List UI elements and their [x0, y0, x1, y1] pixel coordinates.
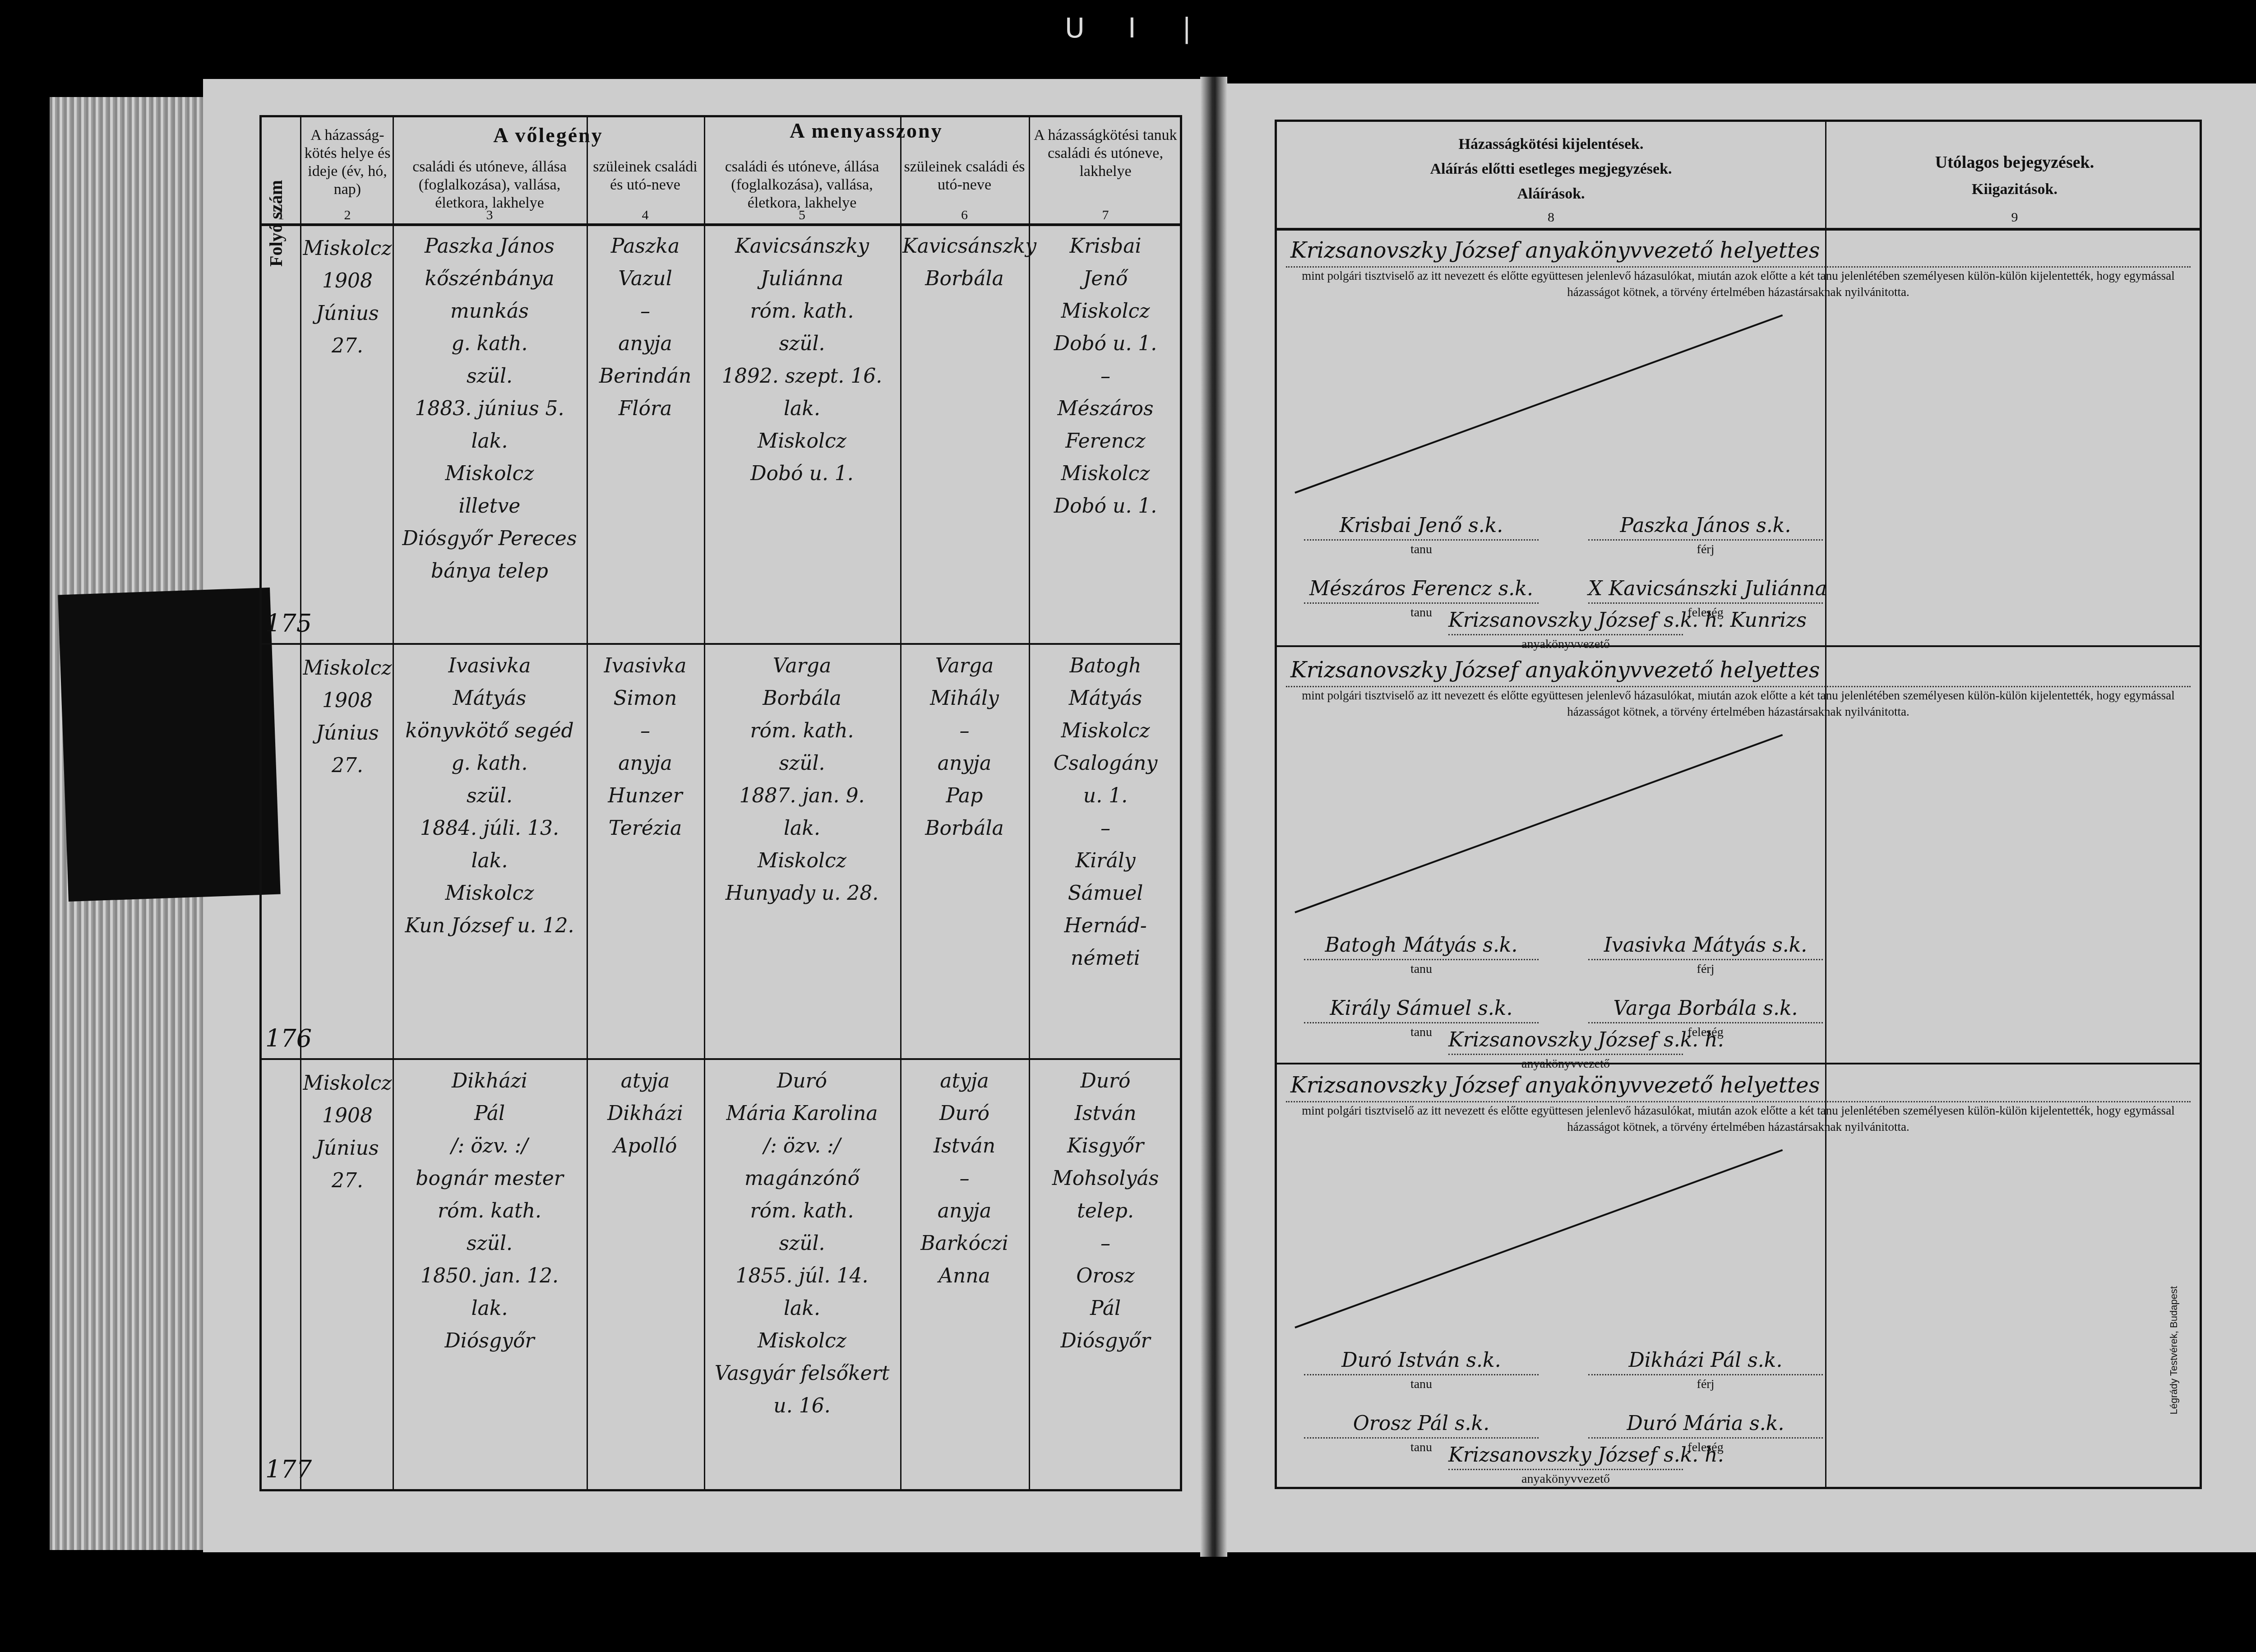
declaration-text: mint polgári tisztviselő az itt nevezett…	[1286, 687, 2191, 720]
handwritten-line: Miskolcz	[706, 1325, 898, 1357]
signature-name: Orosz Pál s.k.	[1304, 1410, 1539, 1439]
handwritten-line: anyja	[589, 747, 702, 780]
header-col5: családi és utóneve, állása (foglalkozása…	[706, 158, 898, 212]
row-rule	[262, 643, 1180, 645]
header-col3: családi és utóneve, állása (foglalkozása…	[395, 158, 584, 212]
handwritten-line: lak.	[395, 425, 584, 458]
header-rule	[262, 223, 1180, 226]
handwritten-line: atyja	[589, 1065, 702, 1097]
registrar-signature: Krizsanovszky József s.k. h.anyakönyvvez…	[1448, 1027, 1683, 1073]
handwritten-line: Diósgyőr	[1031, 1325, 1180, 1357]
bride-parents: KavicsánszkyBorbála	[902, 230, 1026, 295]
handwritten-line: Király	[1031, 845, 1180, 877]
handwritten-line: Sámuel	[1031, 877, 1180, 910]
handwritten-line: 1908	[302, 1100, 393, 1132]
col-number: 5	[706, 208, 898, 223]
handwritten-line: róm. kath.	[706, 715, 898, 747]
handwritten-line: u. 16.	[706, 1390, 898, 1422]
groom-details: Paszka Jánoskőszénbányamunkásg. kath.szü…	[395, 230, 584, 588]
handwritten-line: Miskolcz	[1031, 295, 1180, 328]
handwritten-line: róm. kath.	[706, 1195, 898, 1227]
declaration-text: mint polgári tisztviselő az itt nevezett…	[1286, 268, 2191, 300]
top-marks: U I |	[1065, 13, 1471, 40]
handwritten-line: /: özv. :/	[706, 1130, 898, 1162]
groom-details: IvasivkaMátyáskönyvkötő segédg. kath.szü…	[395, 650, 584, 942]
bride-details: DuróMária Karolina/: özv. :/magánzónőróm…	[706, 1065, 898, 1422]
handwritten-line: Ivasivka	[395, 650, 584, 682]
handwritten-line: lak.	[706, 812, 898, 845]
handwritten-line: Apolló	[589, 1130, 702, 1162]
handwritten-line: g. kath.	[395, 328, 584, 360]
handwritten-line: Mihály	[902, 682, 1026, 715]
husband-signature: Dikházi Pál s.k.férj	[1588, 1347, 1823, 1393]
folio-number: 176	[265, 1024, 312, 1053]
handwritten-line: lak.	[706, 1292, 898, 1325]
handwritten-line: Csalogány	[1031, 747, 1180, 780]
handwritten-line: –	[902, 1162, 1026, 1195]
handwritten-line: –	[1031, 812, 1180, 845]
cancel-stroke	[1294, 734, 1783, 913]
handwritten-line: Borbála	[902, 812, 1026, 845]
bride-details: VargaBorbálaróm. kath.szül.1887. jan. 9.…	[706, 650, 898, 910]
handwritten-line: Diósgyőr	[395, 1325, 584, 1357]
handwritten-line: Kun József u. 12.	[395, 910, 584, 942]
mark-u: U	[1065, 13, 1085, 44]
handwritten-line: Dobó u. 1.	[1031, 490, 1180, 523]
handwritten-line: bognár mester	[395, 1162, 584, 1195]
handwritten-line: 27.	[302, 1165, 393, 1197]
handwritten-line: Dobó u. 1.	[1031, 328, 1180, 360]
handwritten-line: Juliánna	[706, 263, 898, 295]
handwritten-line: Vasgyár felsőkert	[706, 1357, 898, 1390]
handwritten-line: Hunzer	[589, 780, 702, 812]
handwritten-line: könyvkötő segéd	[395, 715, 584, 747]
header-col6: szüleinek családi és utó-neve	[902, 158, 1026, 194]
handwritten-line: Hernád-	[1031, 910, 1180, 942]
handwritten-line: Krisbai	[1031, 230, 1180, 263]
groom-parents: PaszkaVazul–anyjaBerindánFlóra	[589, 230, 702, 425]
registrar-signature: Krizsanovszky József s.k. h. Kunrizsanya…	[1448, 607, 1683, 653]
handwritten-line: szül.	[706, 328, 898, 360]
declaration-block: Krizsanovszky József anyakönyvvezető hel…	[1286, 1069, 2191, 1135]
handwritten-line: Orosz	[1031, 1260, 1180, 1292]
mark-i: I	[1128, 13, 1136, 44]
handwritten-line: németi	[1031, 942, 1180, 975]
header-col8-sub: Aláírás előtti esetleges megjegyzések.	[1277, 160, 1825, 178]
handwritten-line: 1884. júli. 13.	[395, 812, 584, 845]
handwritten-line: 27.	[302, 750, 393, 782]
col-divider	[900, 117, 901, 1489]
handwritten-line: anyja	[902, 747, 1026, 780]
col-number: 2	[302, 208, 393, 223]
handwritten-line: róm. kath.	[706, 295, 898, 328]
handwritten-line: Varga	[706, 650, 898, 682]
printer-imprint: Légrády Testvérek, Budapest	[2168, 1286, 2180, 1415]
signature-name: Batogh Mátyás s.k.	[1304, 932, 1539, 960]
signature-name: Mészáros Ferencz s.k.	[1304, 575, 1539, 604]
witness1-signature: Krisbai Jenő s.k.tanu	[1304, 512, 1539, 559]
handwritten-line: Miskolcz	[302, 232, 393, 265]
header-col8-title: Házasságkötési kijelentések.	[1277, 135, 1825, 153]
header-col9-title: Utólagos bejegyzések.	[1827, 153, 2202, 171]
signature-name: Ivasivka Mátyás s.k.	[1588, 932, 1823, 960]
handwritten-line: Pál	[395, 1097, 584, 1130]
col-number: 8	[1277, 210, 1825, 225]
signature-name: Krizsanovszky József s.k. h. Kunrizs	[1448, 607, 1683, 635]
handwritten-line: Duró	[706, 1065, 898, 1097]
cancel-stroke	[1294, 315, 1783, 494]
place-date: Miskolcz1908Június27.	[302, 652, 393, 782]
handwritten-line: Duró	[1031, 1065, 1180, 1097]
witness1-signature: Batogh Mátyás s.k.tanu	[1304, 932, 1539, 978]
bride-parents: atyjaDuróIstván–anyjaBarkócziAnna	[902, 1065, 1026, 1292]
folio-number: 175	[265, 609, 312, 638]
handwritten-line: Borbála	[706, 682, 898, 715]
signature-role: férj	[1588, 960, 1823, 978]
handwritten-line: Dobó u. 1.	[706, 458, 898, 490]
signature-role: férj	[1588, 541, 1823, 559]
mark-bar: |	[1182, 13, 1191, 44]
handwritten-line: atyja	[902, 1065, 1026, 1097]
handwritten-line: Paszka János	[395, 230, 584, 263]
officiant-signature: Krizsanovszky József anyakönyvvezető hel…	[1286, 235, 2191, 268]
handwritten-line: magánzónő	[706, 1162, 898, 1195]
header-col8-sub2: Aláírások.	[1277, 185, 1825, 203]
handwritten-line: –	[1031, 360, 1180, 393]
col-number: 1	[262, 208, 300, 223]
groom-parents: IvasivkaSimon–anyjaHunzerTerézia	[589, 650, 702, 845]
husband-signature: Paszka János s.k.férj	[1588, 512, 1823, 559]
row-rule	[1277, 1063, 2200, 1064]
signature-role: tanu	[1304, 1375, 1539, 1393]
handwritten-line: Mohsolyás	[1031, 1162, 1180, 1195]
husband-signature: Ivasivka Mátyás s.k.férj	[1588, 932, 1823, 978]
handwritten-line: István	[902, 1130, 1026, 1162]
col-number: 9	[1827, 210, 2202, 225]
handwritten-line: Mátyás	[1031, 682, 1180, 715]
handwritten-line: Miskolcz	[395, 458, 584, 490]
header-bride-group: A menyasszony	[706, 122, 1026, 140]
handwritten-line: Varga	[902, 650, 1026, 682]
handwritten-line: Ivasivka	[589, 650, 702, 682]
handwritten-line: g. kath.	[395, 747, 584, 780]
handwritten-line: szül.	[395, 360, 584, 393]
handwritten-line: Terézia	[589, 812, 702, 845]
handwritten-line: lak.	[706, 393, 898, 425]
row-rule	[1277, 645, 2200, 647]
book-gutter	[1200, 77, 1227, 1557]
handwritten-line: lak.	[395, 845, 584, 877]
signature-role: tanu	[1304, 960, 1539, 978]
handwritten-line: szül.	[395, 1227, 584, 1260]
handwritten-line: szül.	[706, 1227, 898, 1260]
col-divider	[393, 117, 394, 1489]
declaration-text: mint polgári tisztviselő az itt nevezett…	[1286, 1102, 2191, 1135]
col-divider	[587, 117, 588, 1489]
handwritten-line: Miskolcz	[302, 1067, 393, 1100]
handwritten-line: Kisgyőr	[1031, 1130, 1180, 1162]
handwritten-line: Berindán	[589, 360, 702, 393]
handwritten-line: Kavicsánszky	[902, 230, 1026, 263]
handwritten-line: Batogh	[1031, 650, 1180, 682]
handwritten-line: 1892. szept. 16.	[706, 360, 898, 393]
witnesses: KrisbaiJenőMiskolczDobó u. 1.–MészárosFe…	[1031, 230, 1180, 523]
place-date: Miskolcz1908Június27.	[302, 232, 393, 362]
handwritten-line: Dikházi	[395, 1065, 584, 1097]
signature-role: anyakönyvvezető	[1448, 635, 1683, 653]
groom-parents: atyjaDikháziApolló	[589, 1065, 702, 1162]
handwritten-line: Vazul	[589, 263, 702, 295]
header-col7: A házasságkötési tanuk családi és utónev…	[1031, 126, 1180, 180]
handwritten-line: anyja	[902, 1195, 1026, 1227]
handwritten-line: szül.	[395, 780, 584, 812]
officiant-signature: Krizsanovszky József anyakönyvvezető hel…	[1286, 1069, 2191, 1102]
groom-details: DikháziPál/: özv. :/bognár mesterróm. ka…	[395, 1065, 584, 1357]
signature-role: tanu	[1304, 541, 1539, 559]
signature-role: férj	[1588, 1375, 1823, 1393]
handwritten-line: Anna	[902, 1260, 1026, 1292]
declaration-block: Krizsanovszky József anyakönyvvezető hel…	[1286, 654, 2191, 720]
handwritten-line: –	[1031, 1227, 1180, 1260]
col-number: 3	[395, 208, 584, 223]
handwritten-line: Duró	[902, 1097, 1026, 1130]
signature-name: Király Sámuel s.k.	[1304, 995, 1539, 1023]
cancel-stroke	[1294, 1149, 1783, 1328]
handwritten-line: 27.	[302, 330, 393, 362]
handwritten-line: /: özv. :/	[395, 1130, 584, 1162]
header-rule	[1277, 228, 2200, 231]
handwritten-line: telep.	[1031, 1195, 1180, 1227]
bride-parents: VargaMihály–anyjaPapBorbála	[902, 650, 1026, 845]
handwritten-line: Június	[302, 717, 393, 750]
handwritten-line: Kavicsánszky	[706, 230, 898, 263]
row-rule	[262, 1058, 1180, 1060]
register-table-right: Házasságkötési kijelentések. Aláírás elő…	[1275, 120, 2202, 1489]
handwritten-line: Miskolcz	[706, 425, 898, 458]
bride-details: KavicsánszkyJuliánnaróm. kath.szül.1892.…	[706, 230, 898, 490]
col-number: 6	[902, 208, 1026, 223]
signature-name: Duró Mária s.k.	[1588, 1410, 1823, 1439]
black-index-tab	[58, 588, 280, 902]
signature-name: Krisbai Jenő s.k.	[1304, 512, 1539, 541]
handwritten-line: Hunyady u. 28.	[706, 877, 898, 910]
folio-number: 177	[265, 1455, 312, 1484]
handwritten-line: Mátyás	[395, 682, 584, 715]
handwritten-line: 1887. jan. 9.	[706, 780, 898, 812]
handwritten-line: Paszka	[589, 230, 702, 263]
handwritten-line: róm. kath.	[395, 1195, 584, 1227]
signature-name: Dikházi Pál s.k.	[1588, 1347, 1823, 1375]
signature-role: anyakönyvvezető	[1448, 1470, 1683, 1488]
declaration-block: Krizsanovszky József anyakönyvvezető hel…	[1286, 235, 2191, 300]
header-col4: szüleinek családi és utó-neve	[589, 158, 702, 194]
header-col2: A házasság-kötés helye és ideje (év, hó,…	[302, 126, 393, 199]
handwritten-line: anyja	[589, 328, 702, 360]
col-divider	[1825, 122, 1826, 1487]
handwritten-line: munkás	[395, 295, 584, 328]
witness1-signature: Duró István s.k.tanu	[1304, 1347, 1539, 1393]
handwritten-line: Mária Karolina	[706, 1097, 898, 1130]
handwritten-line: u. 1.	[1031, 780, 1180, 812]
handwritten-line: Jenő	[1031, 263, 1180, 295]
handwritten-line: Diósgyőr Pereces	[395, 523, 584, 555]
handwritten-line: 1855. júl. 14.	[706, 1260, 898, 1292]
place-date: Miskolcz1908Június27.	[302, 1067, 393, 1197]
handwritten-line: bánya telep	[395, 555, 584, 588]
handwritten-line: Pál	[1031, 1292, 1180, 1325]
handwritten-line: Miskolcz	[706, 845, 898, 877]
signature-name: Krizsanovszky József s.k. h.	[1448, 1442, 1683, 1470]
header-col9-sub: Kiigazitások.	[1827, 180, 2202, 199]
handwritten-line: illetve	[395, 490, 584, 523]
handwritten-line: 1908	[302, 265, 393, 297]
col-number: 4	[589, 208, 702, 223]
col-divider	[1029, 117, 1030, 1489]
handwritten-line: Miskolcz	[302, 652, 393, 685]
handwritten-line: Mészáros	[1031, 393, 1180, 425]
handwritten-line: –	[589, 295, 702, 328]
col-divider	[704, 117, 705, 1489]
handwritten-line: szül.	[706, 747, 898, 780]
handwritten-line: 1850. jan. 12.	[395, 1260, 584, 1292]
signature-name: Krizsanovszky József s.k. h.	[1448, 1027, 1683, 1055]
handwritten-line: lak.	[395, 1292, 584, 1325]
handwritten-line: Barkóczi	[902, 1227, 1026, 1260]
handwritten-line: Miskolcz	[395, 877, 584, 910]
handwritten-line: Június	[302, 297, 393, 330]
handwritten-line: kőszénbánya	[395, 263, 584, 295]
handwritten-line: István	[1031, 1097, 1180, 1130]
registrar-signature: Krizsanovszky József s.k. h.anyakönyvvez…	[1448, 1442, 1683, 1488]
handwritten-line: 1908	[302, 685, 393, 717]
witnesses: BatoghMátyásMiskolczCsalogányu. 1.–Királ…	[1031, 650, 1180, 975]
signature-name: Duró István s.k.	[1304, 1347, 1539, 1375]
handwritten-line: Miskolcz	[1031, 458, 1180, 490]
handwritten-line: Dikházi	[589, 1097, 702, 1130]
witnesses: DuróIstvánKisgyőrMohsolyástelep.–OroszPá…	[1031, 1065, 1180, 1357]
handwritten-line: Ferencz	[1031, 425, 1180, 458]
register-table-left: Folyó szám A házasság-kötés helye és ide…	[259, 115, 1182, 1491]
header-col1: Folyó szám	[265, 149, 292, 298]
col-divider	[300, 117, 301, 1489]
handwritten-line: –	[589, 715, 702, 747]
handwritten-line: –	[902, 715, 1026, 747]
handwritten-line: Június	[302, 1132, 393, 1165]
handwritten-line: 1883. június 5.	[395, 393, 584, 425]
handwritten-line: Flóra	[589, 393, 702, 425]
col-number: 7	[1031, 208, 1180, 223]
handwritten-line: Pap	[902, 780, 1026, 812]
signature-name: Varga Borbála s.k.	[1588, 995, 1823, 1023]
signature-name: Paszka János s.k.	[1588, 512, 1823, 541]
signature-name: X Kavicsánszki Juliánna	[1588, 575, 1823, 604]
handwritten-line: Simon	[589, 682, 702, 715]
header-groom-group: A vőlegény	[395, 126, 702, 144]
officiant-signature: Krizsanovszky József anyakönyvvezető hel…	[1286, 654, 2191, 687]
handwritten-line: Miskolcz	[1031, 715, 1180, 747]
handwritten-line: Borbála	[902, 263, 1026, 295]
